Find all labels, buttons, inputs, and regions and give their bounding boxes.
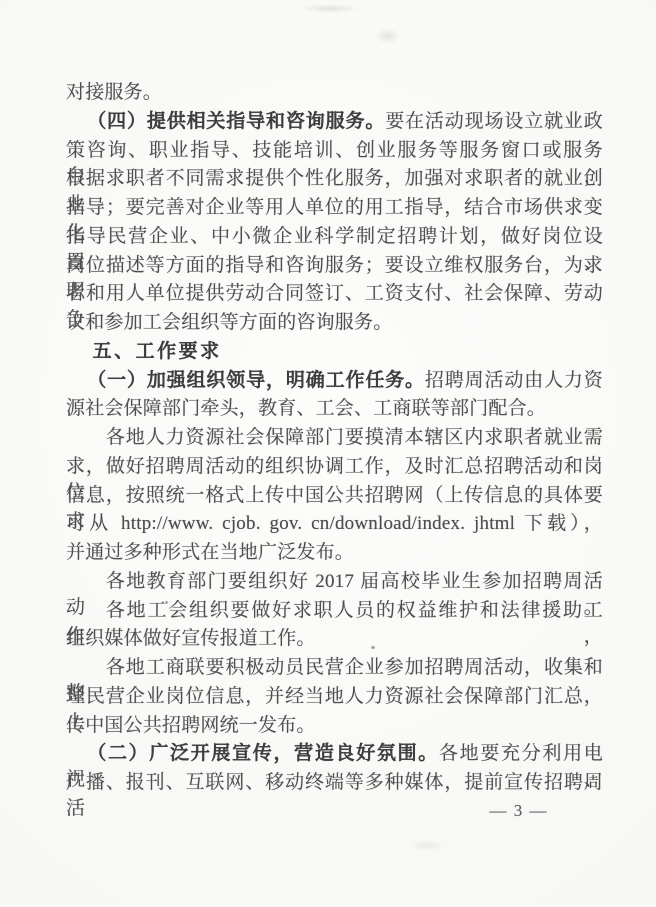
text-segment: 对接服务。 (66, 82, 162, 103)
text-line: 传中国公共招聘网统一发布。 (66, 713, 603, 739)
document-body: 对接服务。（四）提供相关指导和咨询服务。要在活动现场设立就业政策咨询、职业指导、… (0, 0, 656, 907)
text-line: （二）广泛开展宣传，营造良好氛围。各地要充分利用电视、 (66, 741, 603, 767)
text-line: 可从 http://www. cjob. gov. cn/download/in… (66, 511, 603, 537)
section-heading: 五、工作要求 (93, 341, 222, 362)
text-line: （一）加强组织领导，明确工作任务。招聘周活动由人力资 (66, 368, 603, 394)
page-number: — 3 — (490, 799, 549, 823)
text-line: 各地人力资源社会保障部门要摸清本辖区内求职者就业需 (66, 425, 603, 451)
text-segment: 传中国公共招聘网统一发布。 (66, 715, 316, 736)
text-line: 求，做好招聘周活动的组织协调工作，及时汇总招聘活动和岗位 (66, 454, 603, 480)
text-segment: 并通过多种形式在当地广泛发布。 (66, 542, 354, 563)
text-line: （四）提供相关指导和咨询服务。要在活动现场设立就业政 (66, 109, 603, 135)
bold-lead-segment: （四）提供相关指导和咨询服务。 (87, 111, 385, 132)
text-line: 议和参加工会组织等方面的咨询服务。 (66, 310, 603, 336)
text-line: 岗位描述等方面的指导和咨询服务；要设立维权服务台，为求职 (66, 253, 603, 279)
text-segment: 招聘周活动由人力资 (425, 370, 603, 391)
text-segment: 可从 http://www. cjob. gov. cn/download/in… (66, 513, 603, 534)
bold-lead-segment: （一）加强组织领导，明确工作任务。 (87, 370, 425, 391)
text-segment: 源社会保障部门牵头，教育、工会、工商联等部门配合。 (66, 398, 546, 419)
text-line: 者和用人单位提供劳动合同签订、工资支付、社会保障、劳动争 (66, 281, 603, 307)
bold-lead-segment: （二）广泛开展宣传，营造良好氛围。 (87, 743, 439, 764)
text-line: 对接服务。 (66, 80, 603, 106)
text-line: 各地教育部门要组织好 2017 届高校毕业生参加招聘周活动。 (66, 569, 603, 595)
text-line: 理民营企业岗位信息，并经当地人力资源社会保障部门汇总，上 (66, 684, 603, 710)
text-segment: 各地人力资源社会保障部门要摸清本辖区内求职者就业需 (106, 427, 603, 448)
text-line: 指导；要完善对企业等用人单位的用工指导，结合市场供求变化 (66, 195, 603, 221)
text-segment: 组织媒体做好宣传报道工作。 (66, 628, 316, 649)
text-line: 根据求职者不同需求提供个性化服务，加强对求职者的就业创业 (66, 166, 603, 192)
text-segment: 要在活动现场设立就业政 (385, 111, 603, 132)
document-page: 对接服务。（四）提供相关指导和咨询服务。要在活动现场设立就业政策咨询、职业指导、… (0, 0, 656, 907)
text-line: 并通过多种形式在当地广泛发布。 (66, 540, 603, 566)
text-line: 指导民营企业、中小微企业科学制定招聘计划，做好岗位设置、 (66, 224, 603, 250)
text-line: 源社会保障部门牵头，教育、工会、工商联等部门配合。 (66, 396, 603, 422)
text-line: 策咨询、职业指导、技能培训、创业服务等服务窗口或服务台， (66, 138, 603, 164)
text-line: 信息，按照统一格式上传中国公共招聘网（上传信息的具体要求 (66, 483, 603, 509)
text-line: 各地工商联要积极动员民营企业参加招聘周活动，收集和整 (66, 655, 603, 681)
text-line: 广播、报刊、互联网、移动终端等多种媒体，提前宣传招聘周活 (66, 770, 603, 796)
text-line: 组织媒体做好宣传报道工作。 (66, 626, 603, 652)
text-segment: 议和参加工会组织等方面的咨询服务。 (66, 312, 392, 333)
text-line: 五、工作要求 (66, 339, 603, 365)
text-line: 各地工会组织要做好求职人员的权益维护和法律援助工作， (66, 598, 603, 624)
